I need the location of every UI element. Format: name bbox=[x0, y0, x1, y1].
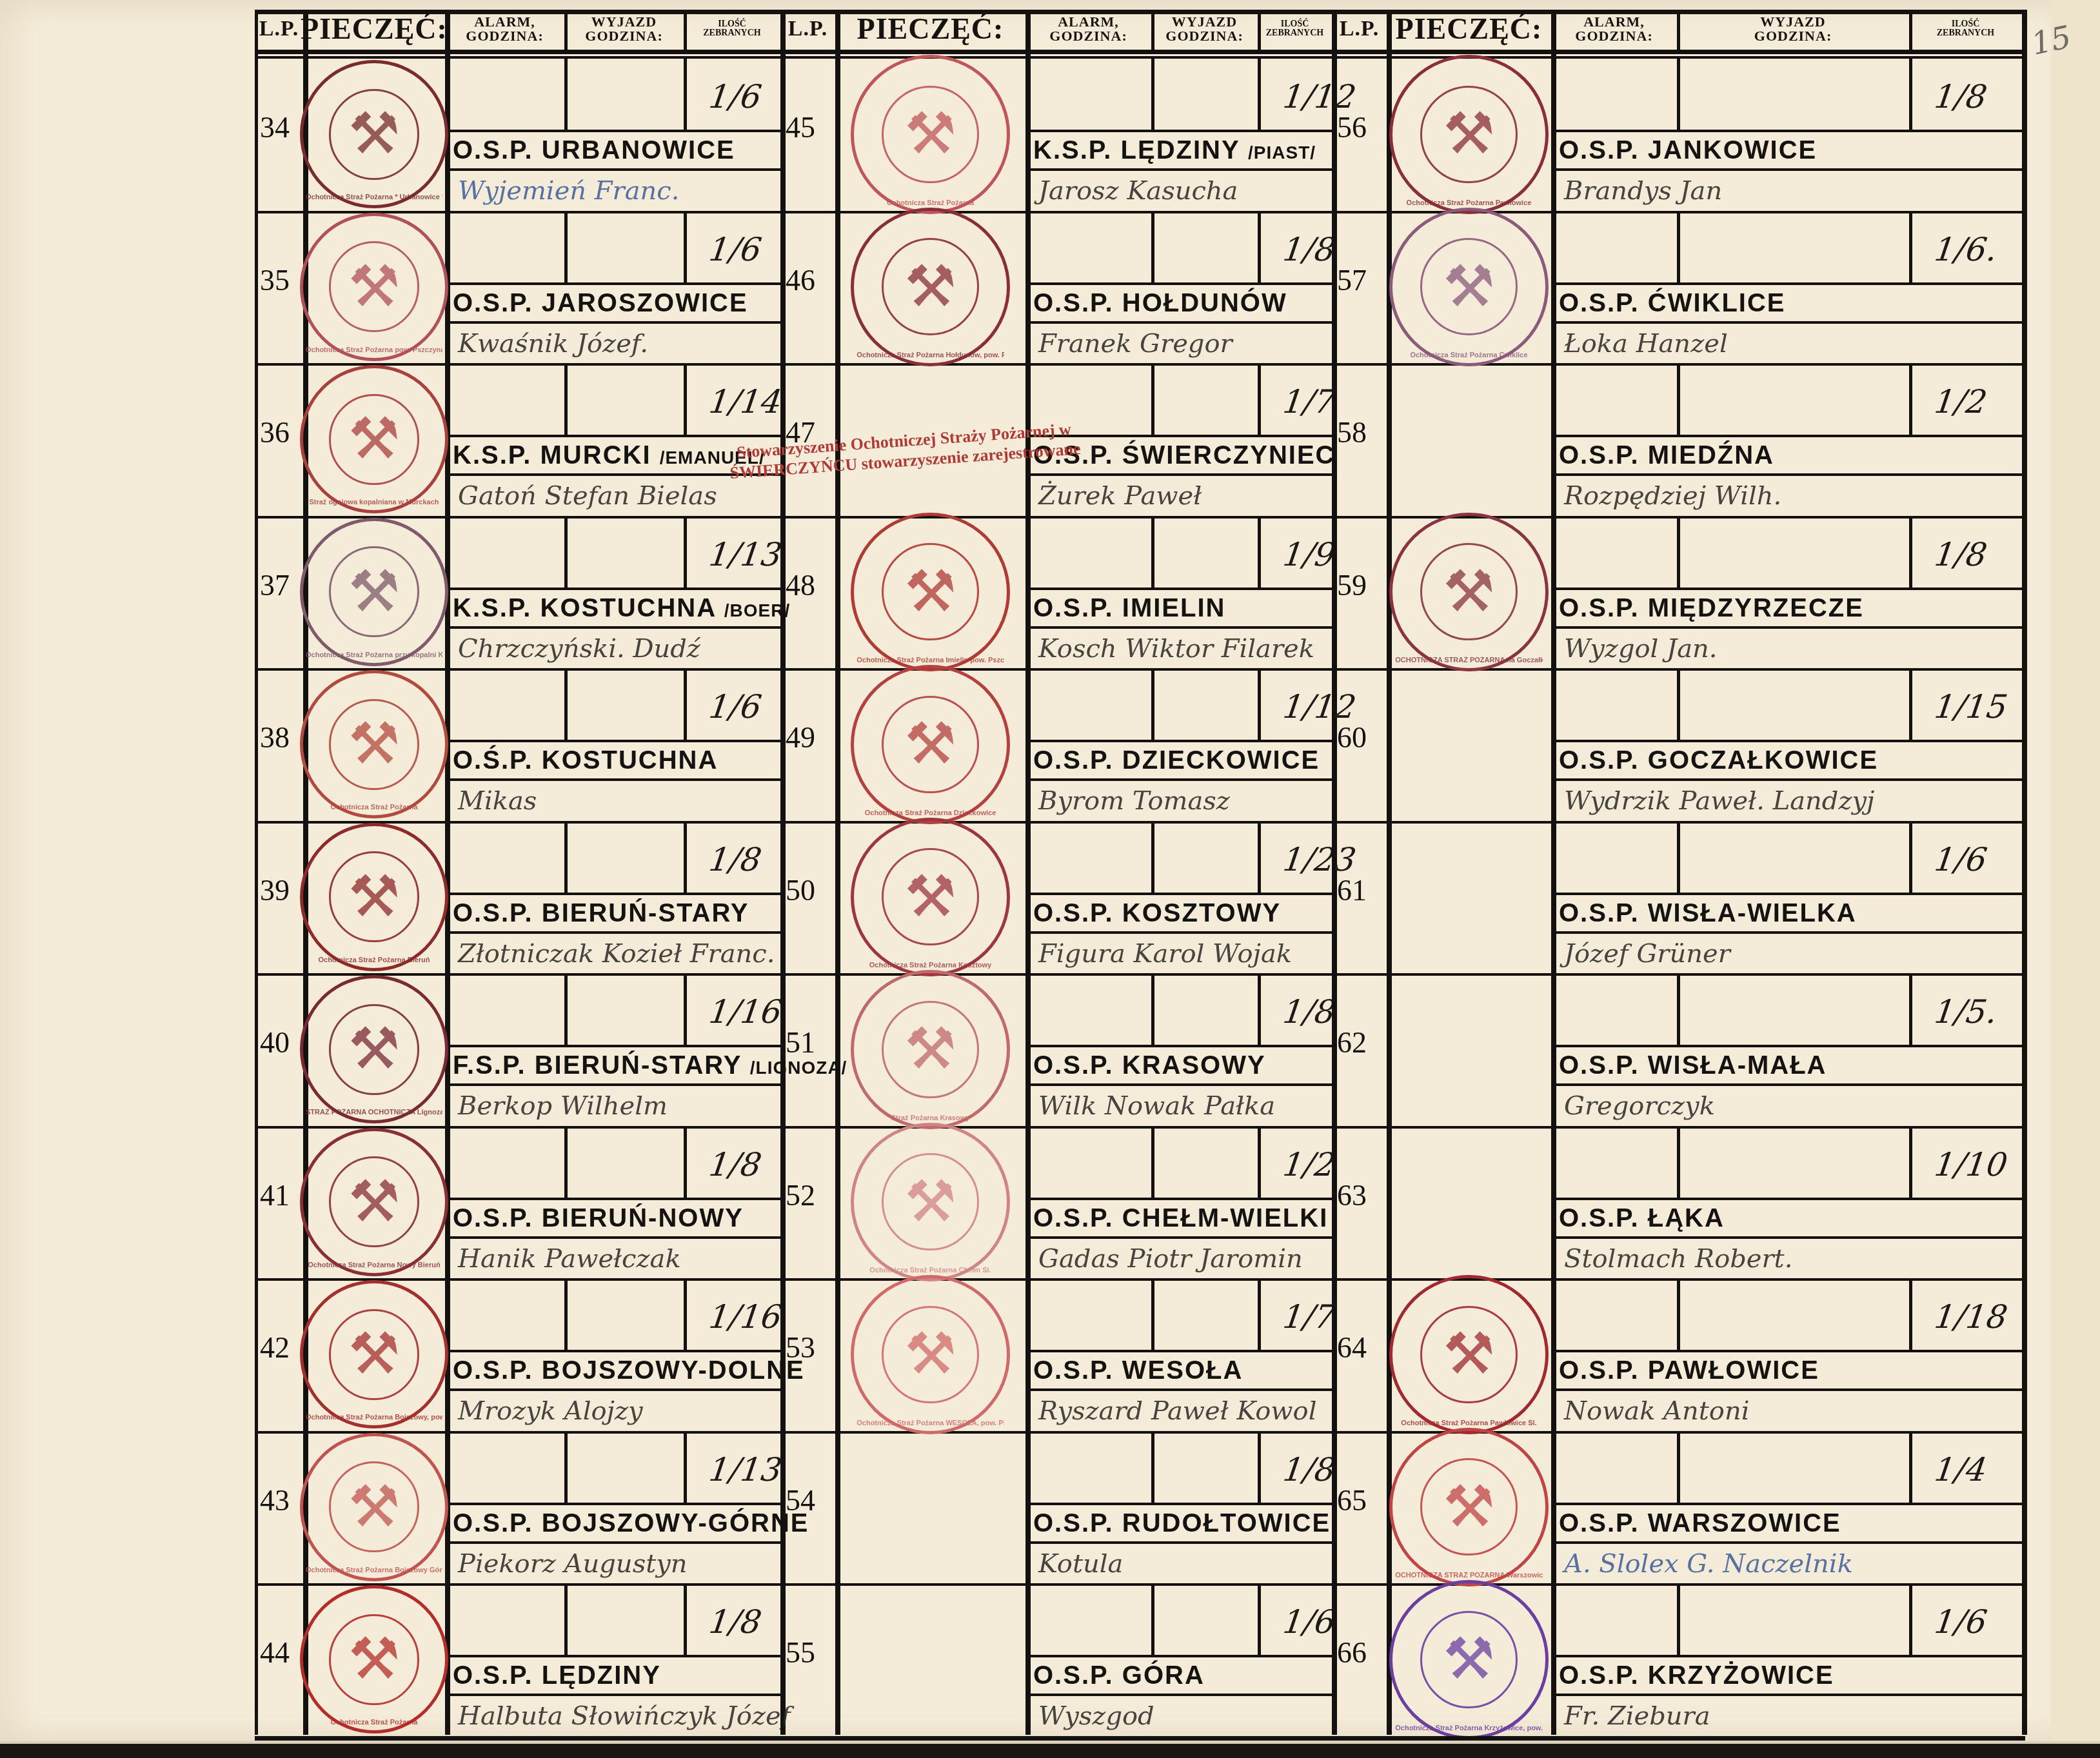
header-collected-line: ZEBRANYCH bbox=[703, 29, 760, 38]
member-count: 1/18 bbox=[1932, 1298, 2010, 1336]
fire-brigade-stamp: ⚒Ochotnicza Straż Pożarna Ćwiklice bbox=[1389, 208, 1549, 367]
station-name-text: O.S.P. KRZYŻOWICE bbox=[1559, 1661, 1834, 1690]
station-name: O.S.P. WISŁA-WIELKA bbox=[1559, 899, 1857, 928]
register-row: 641/18O.S.P. PAWŁOWICE Nowak Antoni⚒Ocho… bbox=[255, 1278, 2025, 1431]
commander-signature: Brandys Jan bbox=[1564, 176, 1722, 206]
station-name: O.S.P. MIEDŹNA bbox=[1559, 441, 1774, 470]
register-row: 581/2O.S.P. MIEDŹNA Rozpędziej Wilh. bbox=[255, 363, 2025, 516]
header-cell-divider bbox=[1677, 10, 1680, 50]
station-name-text: O.S.P. JANKOWICE bbox=[1559, 136, 1817, 164]
header-alarm-line: ALARM, bbox=[1583, 15, 1645, 29]
member-count: 1/5. bbox=[1932, 993, 2000, 1031]
stamp-text: OCHOTNICZA STRAŻ POŻARNA Warszowice, p. … bbox=[1395, 1572, 1543, 1579]
fire-emblem-icon: ⚒ bbox=[1443, 1478, 1495, 1536]
commander-signature: Fr. Ziebura bbox=[1564, 1701, 1710, 1731]
member-count: 1/6 bbox=[1932, 841, 1990, 878]
station-name: O.S.P. ĆWIKLICE bbox=[1559, 289, 1786, 318]
header-cell-divider bbox=[564, 10, 568, 50]
member-count: 1/2 bbox=[1932, 383, 1990, 420]
header-alarm-line: ALARM, bbox=[1058, 15, 1119, 29]
header-collected-line: ZEBRANYCH bbox=[1266, 29, 1323, 38]
commander-signature: Łoka Hanzel bbox=[1564, 329, 1728, 359]
header-alarm-line: GODZINA: bbox=[1049, 29, 1127, 43]
member-count: 1/10 bbox=[1932, 1146, 2010, 1183]
station-name-text: O.S.P. WISŁA-MAŁA bbox=[1559, 1051, 1827, 1080]
station-name: O.S.P. JANKOWICE bbox=[1559, 136, 1817, 165]
member-count: 1/6 bbox=[1932, 1603, 1990, 1641]
stamp-text: Ochotnicza Straż Pożarna Pawłowice bbox=[1395, 199, 1543, 207]
commander-signature: Rozpędziej Wilh. bbox=[1564, 481, 1781, 511]
commander-signature: Nowak Antoni bbox=[1564, 1396, 1749, 1426]
fire-brigade-stamp: ⚒Ochotnicza Straż Pożarna Pawłowice Śl. bbox=[1389, 1275, 1549, 1434]
member-count: 1/4 bbox=[1932, 1451, 1990, 1488]
page-margin bbox=[2051, 0, 2100, 1741]
fire-brigade-stamp: ⚒OCHOTNICZA STRAŻ POŻARNA Warszowice, p.… bbox=[1389, 1428, 1549, 1587]
register-row: 631/10O.S.P. ŁĄKA Stolmach Robert. bbox=[255, 1126, 2025, 1279]
station-name-text: O.S.P. ĆWIKLICE bbox=[1559, 289, 1786, 317]
header-cell-divider bbox=[1909, 10, 1912, 50]
register-row: 651/4O.S.P. WARSZOWICE A. Slolex G. Nacz… bbox=[255, 1431, 2025, 1584]
header-departure: WYJAZDGODZINA: bbox=[564, 10, 684, 48]
member-count: 1/6. bbox=[1932, 231, 2000, 268]
station-name-text: O.S.P. WISŁA-WIELKA bbox=[1559, 899, 1857, 927]
station-name: O.S.P. WARSZOWICE bbox=[1559, 1509, 1841, 1538]
row-number: 60 bbox=[1337, 720, 1367, 755]
station-name-text: O.S.P. MIĘDZYRZECZE bbox=[1559, 594, 1864, 622]
row-number: 66 bbox=[1337, 1635, 1367, 1670]
fire-emblem-icon: ⚒ bbox=[1443, 563, 1495, 621]
header-departure-line: WYJAZD bbox=[1760, 15, 1825, 29]
header-departure-line: WYJAZD bbox=[591, 15, 657, 29]
row-number: 56 bbox=[1337, 110, 1367, 144]
station-name: O.S.P. MIĘDZYRZECZE bbox=[1559, 594, 1864, 623]
header-departure-line: GODZINA: bbox=[1754, 29, 1832, 43]
station-name-text: O.S.P. WARSZOWICE bbox=[1559, 1509, 1841, 1537]
row-number: 59 bbox=[1337, 568, 1367, 602]
commander-signature: Stolmach Robert. bbox=[1564, 1244, 1792, 1274]
header-alarm: ALARM,GODZINA: bbox=[1551, 10, 1677, 48]
header-departure: WYJAZDGODZINA: bbox=[1151, 10, 1258, 48]
header-alarm-line: GODZINA: bbox=[466, 29, 543, 43]
header-alarm-line: GODZINA: bbox=[1575, 29, 1652, 43]
header-cell-divider bbox=[684, 10, 687, 50]
fire-brigade-register-table: L.P.PIECZĘĆ:ALARM,GODZINA:WYJAZDGODZINA:… bbox=[255, 10, 2025, 1735]
commander-signature: Wydrzik Paweł. Landzyj bbox=[1564, 786, 1875, 816]
header-collected-line: ILOŚĆ bbox=[718, 20, 746, 29]
member-count: 1/8 bbox=[1932, 536, 1990, 573]
stamp-text: Ochotnicza Straż Pożarna Ćwiklice bbox=[1395, 351, 1543, 359]
header-collected-line: ZEBRANYCH bbox=[1937, 29, 1994, 38]
stamp-text: OCHOTNICZA STRAŻ POŻARNA na Goczałkowice… bbox=[1395, 657, 1543, 664]
row-number: 63 bbox=[1337, 1178, 1367, 1212]
commander-signature: A. Slolex G. Naczelnik bbox=[1564, 1549, 1853, 1579]
fire-emblem-icon: ⚒ bbox=[1443, 1325, 1495, 1383]
member-count: 1/8 bbox=[1932, 78, 1990, 115]
header-alarm: ALARM,GODZINA: bbox=[1025, 10, 1151, 48]
header-lp: L.P. bbox=[255, 10, 303, 48]
station-name: O.S.P. ŁĄKA bbox=[1559, 1204, 1725, 1233]
header-departure-line: WYJAZD bbox=[1172, 15, 1237, 29]
fire-brigade-stamp: ⚒Ochotnicza Straż Pożarna Krzyżowice, po… bbox=[1389, 1580, 1549, 1739]
header-cell-divider bbox=[1258, 10, 1261, 50]
row-number: 62 bbox=[1337, 1025, 1367, 1060]
header-collected-line: ILOŚĆ bbox=[1281, 20, 1309, 29]
header-stamp: PIECZĘĆ: bbox=[303, 10, 445, 48]
row-number: 58 bbox=[1337, 415, 1367, 449]
page-bottom-edge bbox=[0, 1741, 2100, 1758]
station-name-text: O.S.P. ŁĄKA bbox=[1559, 1204, 1725, 1232]
member-count: 1/15 bbox=[1932, 688, 2010, 726]
commander-signature: Wyzgol Jan. bbox=[1564, 634, 1717, 664]
fire-brigade-stamp: ⚒Ochotnicza Straż Pożarna Pawłowice bbox=[1389, 55, 1549, 214]
header-departure-line: GODZINA: bbox=[1165, 29, 1243, 43]
register-row: 611/6O.S.P. WISŁA-WIELKA Józef Grüner bbox=[255, 821, 2025, 974]
station-name-text: O.S.P. MIEDŹNA bbox=[1559, 441, 1774, 469]
register-row: 661/6O.S.P. KRZYŻOWICE Fr. Ziebura⚒Ochot… bbox=[255, 1583, 2025, 1736]
header-lp: L.P. bbox=[1332, 10, 1387, 48]
stamp-text: Ochotnicza Straż Pożarna Pawłowice Śl. bbox=[1395, 1419, 1543, 1427]
fire-emblem-icon: ⚒ bbox=[1443, 1630, 1495, 1688]
header-alarm: ALARM,GODZINA: bbox=[445, 10, 564, 48]
station-name-text: O.S.P. GOCZAŁKOWICE bbox=[1559, 746, 1878, 775]
fire-emblem-icon: ⚒ bbox=[1443, 105, 1495, 163]
register-row: 561/8O.S.P. JANKOWICE Brandys Jan⚒Ochotn… bbox=[255, 58, 2025, 211]
register-row: 621/5.O.S.P. WISŁA-MAŁA Gregorczyk bbox=[255, 973, 2025, 1126]
station-name: O.S.P. GOCZAŁKOWICE bbox=[1559, 746, 1878, 775]
header-collected-line: ILOŚĆ bbox=[1952, 20, 1980, 29]
commander-signature: Józef Grüner bbox=[1564, 939, 1730, 969]
row-number: 57 bbox=[1337, 263, 1367, 297]
header-collected: ILOŚĆZEBRANYCH bbox=[684, 10, 780, 48]
header-lp: L.P. bbox=[780, 10, 835, 48]
stamp-text: Ochotnicza Straż Pożarna Krzyżowice, pow… bbox=[1395, 1724, 1543, 1732]
fire-brigade-stamp: ⚒OCHOTNICZA STRAŻ POŻARNA na Goczałkowic… bbox=[1389, 513, 1549, 672]
header-departure: WYJAZDGODZINA: bbox=[1677, 10, 1909, 48]
station-name: O.S.P. WISŁA-MAŁA bbox=[1559, 1051, 1827, 1080]
station-name: O.S.P. KRZYŻOWICE bbox=[1559, 1661, 1834, 1690]
header-cell-divider bbox=[1151, 10, 1154, 50]
commander-signature: Gregorczyk bbox=[1564, 1091, 1715, 1121]
register-row: 591/8O.S.P. MIĘDZYRZECZE Wyzgol Jan.⚒OCH… bbox=[255, 516, 2025, 669]
station-name-text: O.S.P. PAWŁOWICE bbox=[1559, 1356, 1819, 1385]
register-row: 601/15O.S.P. GOCZAŁKOWICE Wydrzik Paweł.… bbox=[255, 668, 2025, 821]
fire-emblem-icon: ⚒ bbox=[1443, 258, 1495, 316]
header-stamp: PIECZĘĆ: bbox=[835, 10, 1025, 48]
row-number: 61 bbox=[1337, 873, 1367, 907]
header-collected: ILOŚĆZEBRANYCH bbox=[1258, 10, 1332, 48]
station-name: O.S.P. PAWŁOWICE bbox=[1559, 1356, 1819, 1385]
register-row: 571/6.O.S.P. ĆWIKLICE Łoka Hanzel⚒Ochotn… bbox=[255, 211, 2025, 364]
header-alarm-line: ALARM, bbox=[474, 15, 535, 29]
table-bottom-border bbox=[255, 1736, 2025, 1741]
row-number: 64 bbox=[1337, 1330, 1367, 1365]
header-stamp: PIECZĘĆ: bbox=[1387, 10, 1551, 48]
header-collected: ILOŚĆZEBRANYCH bbox=[1909, 10, 2022, 48]
header-divider bbox=[255, 50, 2025, 54]
header-departure-line: GODZINA: bbox=[585, 29, 662, 43]
row-number: 65 bbox=[1337, 1483, 1367, 1517]
